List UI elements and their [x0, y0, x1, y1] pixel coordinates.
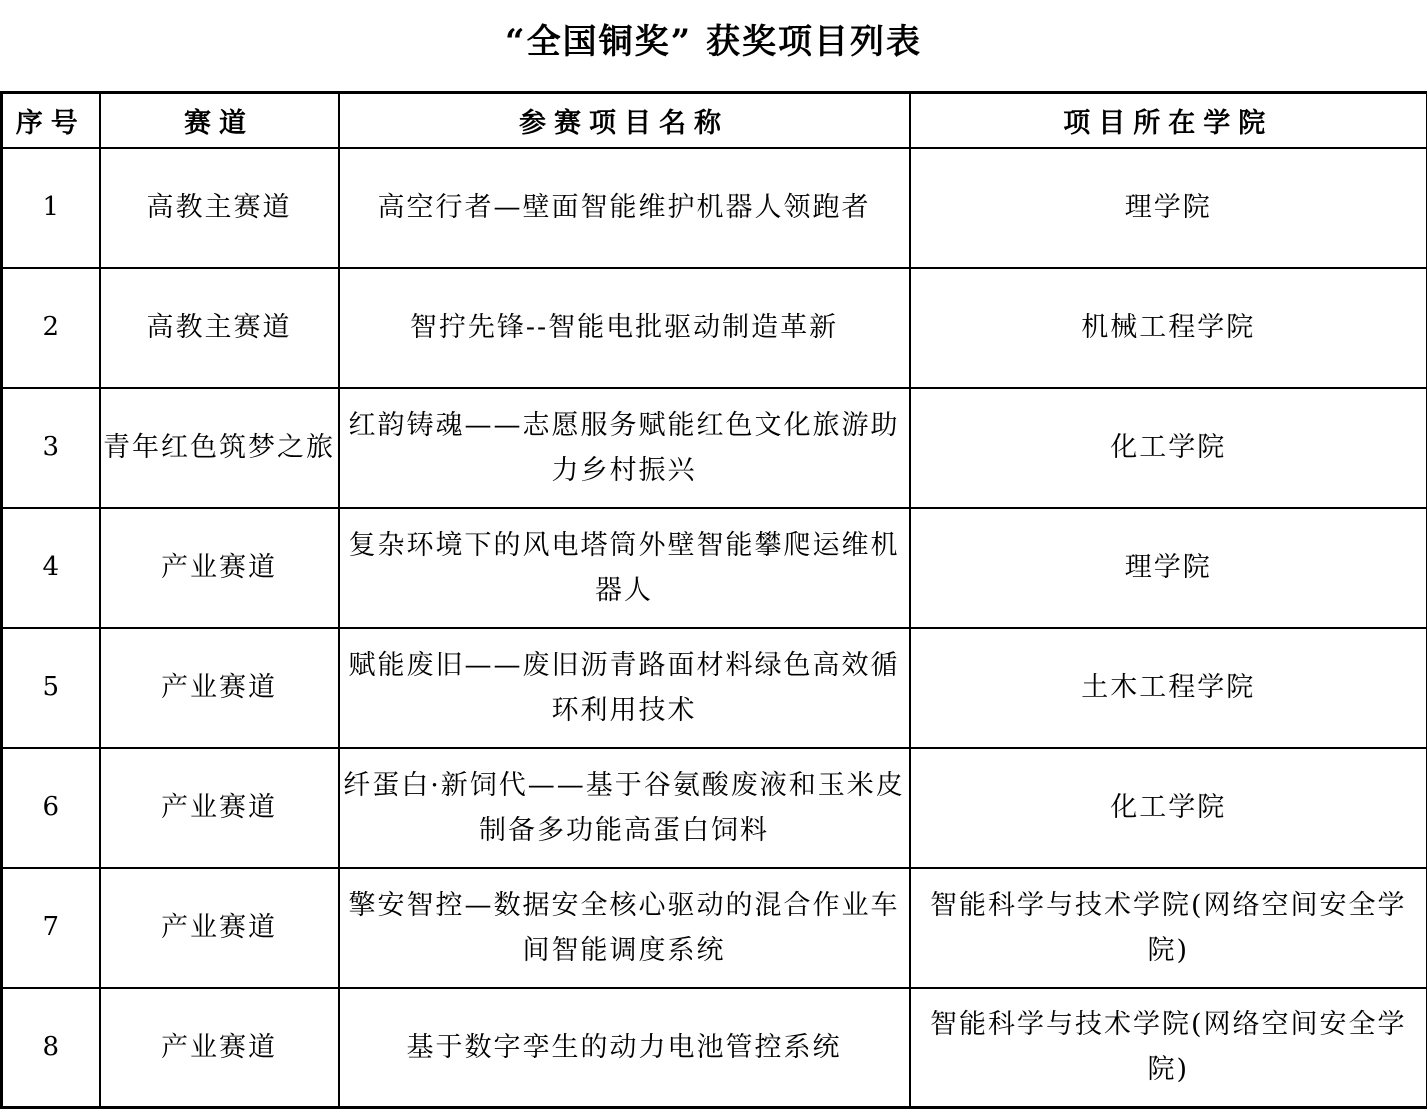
- cell-college: 理学院: [910, 508, 1427, 628]
- header-serial-number: 序号: [2, 93, 100, 148]
- cell-project-name: 纤蛋白·新饲代——基于谷氨酸废液和玉米皮制备多功能高蛋白饲料: [339, 748, 910, 868]
- cell-track: 产业赛道: [100, 748, 339, 868]
- award-table: 序号 赛道 参赛项目名称 项目所在学院 1 高教主赛道 高空行者—壁面智能维护机…: [0, 91, 1427, 1109]
- cell-track: 青年红色筑梦之旅: [100, 388, 339, 508]
- cell-serial-number: 1: [2, 148, 100, 268]
- cell-college: 化工学院: [910, 748, 1427, 868]
- cell-track: 产业赛道: [100, 868, 339, 988]
- cell-college: 智能科学与技术学院(网络空间安全学院): [910, 868, 1427, 988]
- header-track: 赛道: [100, 93, 339, 148]
- cell-serial-number: 3: [2, 388, 100, 508]
- table-row: 8 产业赛道 基于数字孪生的动力电池管控系统 智能科学与技术学院(网络空间安全学…: [2, 988, 1427, 1108]
- cell-serial-number: 4: [2, 508, 100, 628]
- cell-college: 智能科学与技术学院(网络空间安全学院): [910, 988, 1427, 1108]
- table-row: 3 青年红色筑梦之旅 红韵铸魂——志愿服务赋能红色文化旅游助力乡村振兴 化工学院: [2, 388, 1427, 508]
- cell-college: 土木工程学院: [910, 628, 1427, 748]
- cell-serial-number: 6: [2, 748, 100, 868]
- cell-serial-number: 5: [2, 628, 100, 748]
- cell-project-name: 复杂环境下的风电塔筒外壁智能攀爬运维机器人: [339, 508, 910, 628]
- table-row: 4 产业赛道 复杂环境下的风电塔筒外壁智能攀爬运维机器人 理学院: [2, 508, 1427, 628]
- cell-college: 理学院: [910, 148, 1427, 268]
- document-page: “全国铜奖” 获奖项目列表 序号 赛道 参赛项目名称 项目所在学院 1 高教主赛…: [0, 0, 1427, 1110]
- table-row: 7 产业赛道 擎安智控—数据安全核心驱动的混合作业车间智能调度系统 智能科学与技…: [2, 868, 1427, 988]
- cell-project-name: 赋能废旧——废旧沥青路面材料绿色高效循环利用技术: [339, 628, 910, 748]
- header-college: 项目所在学院: [910, 93, 1427, 148]
- cell-project-name: 红韵铸魂——志愿服务赋能红色文化旅游助力乡村振兴: [339, 388, 910, 508]
- cell-track: 产业赛道: [100, 628, 339, 748]
- table-row: 1 高教主赛道 高空行者—壁面智能维护机器人领跑者 理学院: [2, 148, 1427, 268]
- cell-track: 产业赛道: [100, 508, 339, 628]
- cell-serial-number: 2: [2, 268, 100, 388]
- table-header-row: 序号 赛道 参赛项目名称 项目所在学院: [2, 93, 1427, 148]
- table-row: 2 高教主赛道 智拧先锋--智能电批驱动制造革新 机械工程学院: [2, 268, 1427, 388]
- page-title: “全国铜奖” 获奖项目列表: [0, 0, 1427, 91]
- table-row: 5 产业赛道 赋能废旧——废旧沥青路面材料绿色高效循环利用技术 土木工程学院: [2, 628, 1427, 748]
- cell-track: 产业赛道: [100, 988, 339, 1108]
- cell-college: 机械工程学院: [910, 268, 1427, 388]
- cell-project-name: 高空行者—壁面智能维护机器人领跑者: [339, 148, 910, 268]
- cell-project-name: 擎安智控—数据安全核心驱动的混合作业车间智能调度系统: [339, 868, 910, 988]
- table-row: 6 产业赛道 纤蛋白·新饲代——基于谷氨酸废液和玉米皮制备多功能高蛋白饲料 化工…: [2, 748, 1427, 868]
- cell-project-name: 智拧先锋--智能电批驱动制造革新: [339, 268, 910, 388]
- header-project-name: 参赛项目名称: [339, 93, 910, 148]
- cell-serial-number: 7: [2, 868, 100, 988]
- cell-project-name: 基于数字孪生的动力电池管控系统: [339, 988, 910, 1108]
- cell-track: 高教主赛道: [100, 148, 339, 268]
- cell-serial-number: 8: [2, 988, 100, 1108]
- cell-college: 化工学院: [910, 388, 1427, 508]
- cell-track: 高教主赛道: [100, 268, 339, 388]
